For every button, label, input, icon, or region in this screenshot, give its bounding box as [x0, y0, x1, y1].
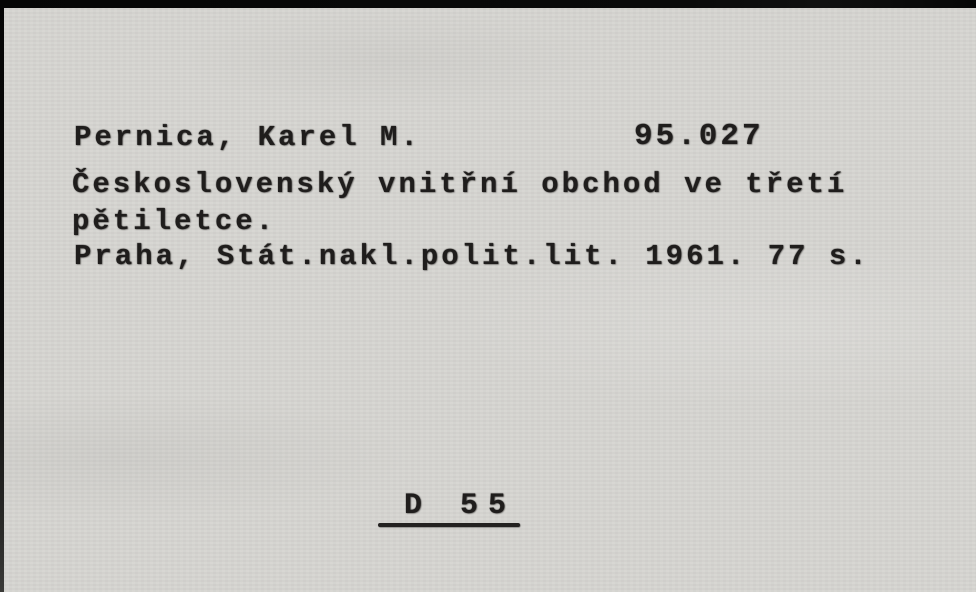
scan-edge-top [0, 0, 976, 8]
shelf-mark-underline [378, 523, 520, 527]
catalog-card-scan: Pernica, Karel M. 95.027 Československý … [0, 0, 976, 592]
title-lines: Československý vnitřní obchod ve třetí p… [72, 166, 847, 240]
imprint-line: Praha, Stát.nakl.polit.lit. 1961. 77 s. [74, 240, 870, 273]
shelf-mark: D 55 [404, 489, 516, 523]
scan-edge-left [0, 0, 4, 592]
call-number: 95.027 [634, 119, 764, 154]
author-line: Pernica, Karel M. [74, 121, 421, 154]
